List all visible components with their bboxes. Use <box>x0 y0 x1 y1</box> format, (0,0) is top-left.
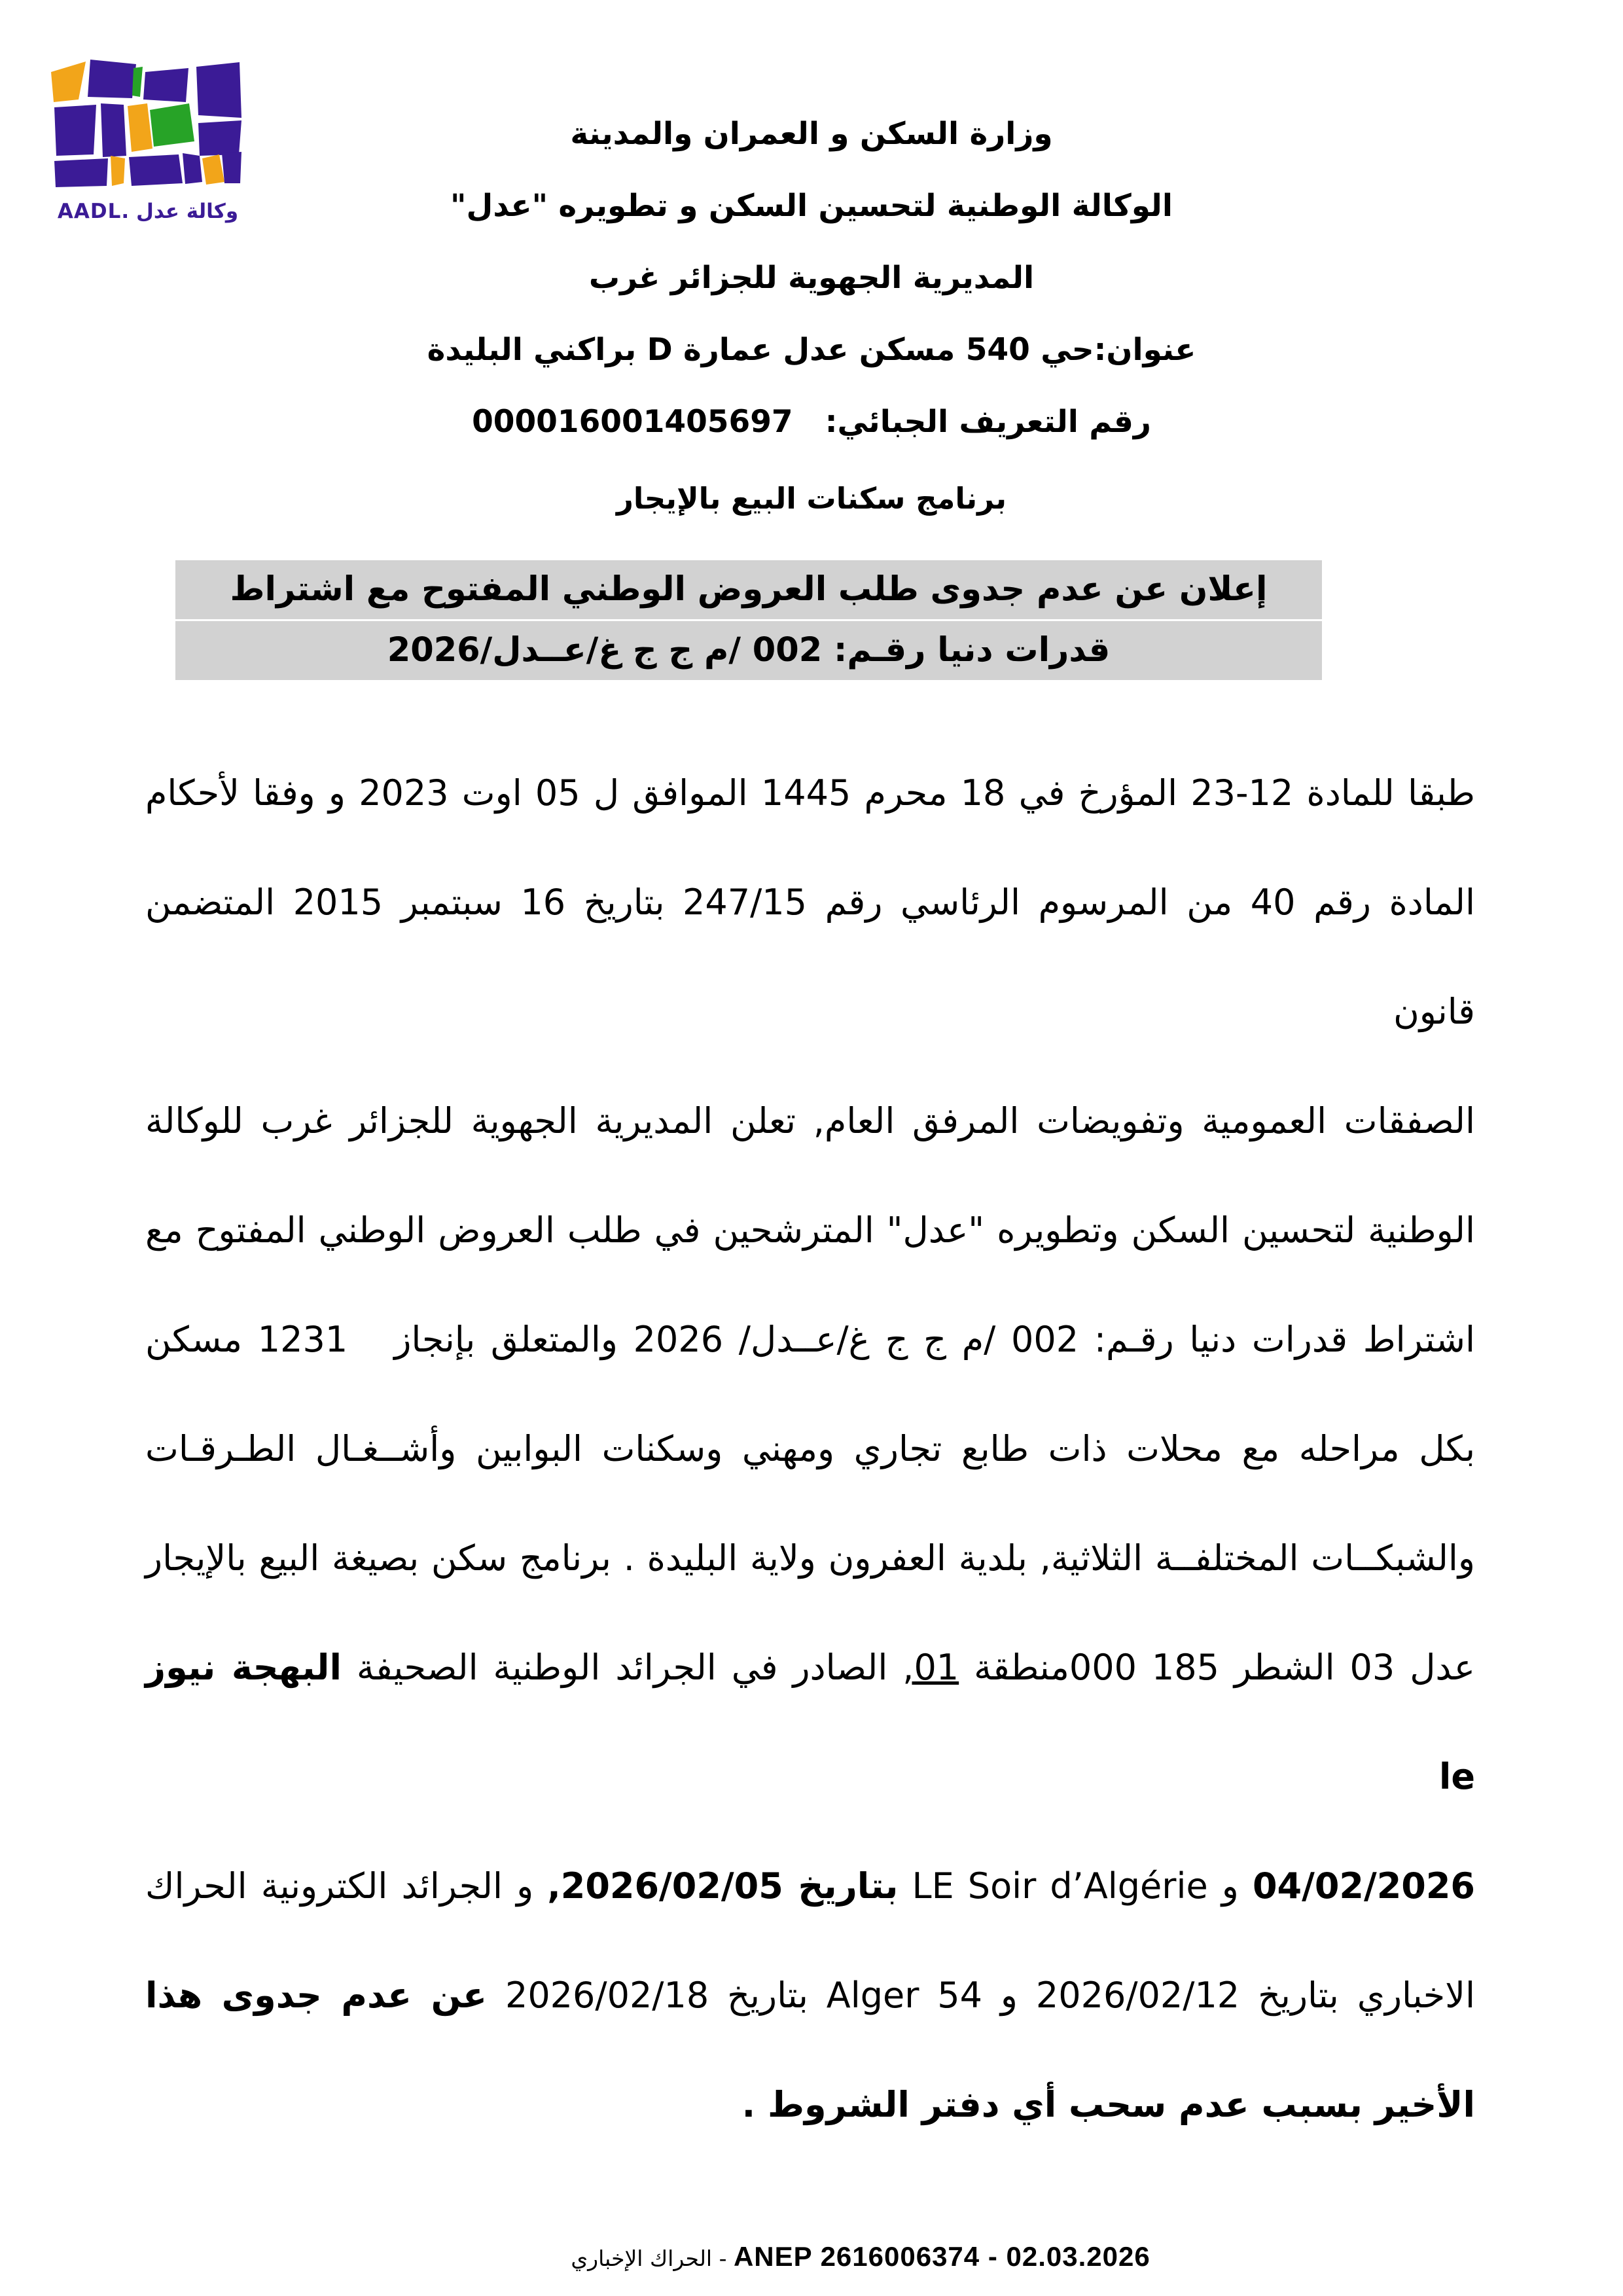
body-segment: الاخباري بتاريخ 2026/02/12 و <box>982 1975 1475 2016</box>
notice-title-line-1: إعلان عن عدم جدوى طلب العروض الوطني المف… <box>175 560 1322 619</box>
tax-id-line: رقم التعريف الجبائي: 000016001405697 <box>0 386 1623 458</box>
body-line: الوطنية لتحسين السكن وتطويره "عدل" المتر… <box>145 1175 1475 1285</box>
body-segment: 01, <box>902 1647 959 1688</box>
body-line: الأخير بسبب عدم سحب أي دفتر الشروط . <box>145 2050 1475 2159</box>
ministry-line: وزارة السكن و العمران والمدينة <box>0 98 1623 170</box>
body-line: الاخباري بتاريخ 2026/02/12 و Alger 54 بت… <box>145 1941 1475 2050</box>
body-segment: Alger 54 <box>827 1975 982 2016</box>
body-line: الصفقات العمومية وتفويضات المرفق العام, … <box>145 1066 1475 1175</box>
notice-title-line-2: قدرات دنيا رقـم: 002 /م ج ج غ/عــدل/2026 <box>175 621 1322 680</box>
body-segment: المادة رقم 40 من المرسوم الرئاسي رقم 247… <box>145 882 1475 1032</box>
body-segment: 04/02/2026 <box>1253 1865 1475 1907</box>
body-segment: الأخير بسبب عدم سحب أي دفتر الشروط . <box>742 2084 1475 2125</box>
body-line: اشتراط قدرات دنيا رقـم: 002 /م ج ج غ/عــ… <box>145 1285 1475 1394</box>
body-segment: عن عدم جدوى هذا <box>145 1975 487 2016</box>
body-segment: و الجرائد الكترونية الحراك <box>145 1865 547 1907</box>
document-header: وزارة السكن و العمران والمدينة الوكالة ا… <box>0 98 1623 458</box>
body-line: عدل 03 الشطر 185 000منطقة 01, الصادر في … <box>145 1613 1475 1831</box>
footer-publisher: الحراك الإخباري <box>571 2246 712 2271</box>
body-segment: عدل 03 الشطر 185 000منطقة <box>959 1647 1475 1688</box>
body-line: بكل مراحله مع محلات ذات طابع تجاري ومهني… <box>145 1394 1475 1503</box>
body-segment <box>898 1865 912 1907</box>
footer-anep-reference: ANEP 2616006374 - 02.03.2026 <box>734 2241 1150 2272</box>
body-segment: le <box>1439 1756 1475 1797</box>
body-segment: بكل مراحله مع محلات ذات طابع تجاري ومهني… <box>145 1428 1475 1469</box>
body-segment: بتاريخ 2026/02/18 <box>487 1975 827 2016</box>
footer-separator: - <box>712 2246 734 2271</box>
body-segment: الصفقات العمومية وتفويضات المرفق العام, … <box>145 1100 1475 1141</box>
body-segment: و <box>1208 1865 1253 1907</box>
address-line: عنوان:حي 540 مسكن عدل عمارة D براكني الب… <box>0 314 1623 386</box>
body-segment: الصادر في الجرائد الوطنية الصحيفة <box>342 1647 902 1688</box>
body-line: والشبكــات المختلفــة الثلاثية, بلدية ال… <box>145 1503 1475 1613</box>
body-segment: طبقا للمادة 12-23 المؤرخ في 18 محرم 1445… <box>145 772 1475 814</box>
body-line: 04/02/2026 و LE Soir d’Algérie بتاريخ 20… <box>145 1831 1475 1941</box>
program-title: برنامج سكنات البيع بالإيجار <box>0 473 1623 525</box>
body-segment: الوطنية لتحسين السكن وتطويره "عدل" المتر… <box>145 1210 1475 1251</box>
body-paragraph: طبقا للمادة 12-23 المؤرخ في 18 محرم 1445… <box>145 738 1475 2159</box>
body-line: طبقا للمادة 12-23 المؤرخ في 18 محرم 1445… <box>145 738 1475 848</box>
body-line: المادة رقم 40 من المرسوم الرئاسي رقم 247… <box>145 848 1475 1066</box>
body-segment: بتاريخ 2026/02/05, <box>547 1865 898 1907</box>
document-page: وكالة عدل .AADL وزارة السكن و العمران وا… <box>0 0 1623 2296</box>
agency-line: الوكالة الوطنية لتحسين السكن و تطويره "ع… <box>0 170 1623 242</box>
footer: الحراك الإخباري - ANEP 2616006374 - 02.0… <box>0 2241 1623 2272</box>
body-segment: البهجة نيوز <box>145 1647 342 1688</box>
body-segment: اشتراط قدرات دنيا رقـم: 002 /م ج ج غ/عــ… <box>145 1319 1475 1360</box>
body-segment: LE Soir d’Algérie <box>912 1865 1208 1907</box>
notice-title: إعلان عن عدم جدوى طلب العروض الوطني المف… <box>175 560 1322 682</box>
directorate-line: المديرية الجهوية للجزائر غرب <box>0 242 1623 314</box>
body-segment: والشبكــات المختلفــة الثلاثية, بلدية ال… <box>145 1537 1475 1579</box>
